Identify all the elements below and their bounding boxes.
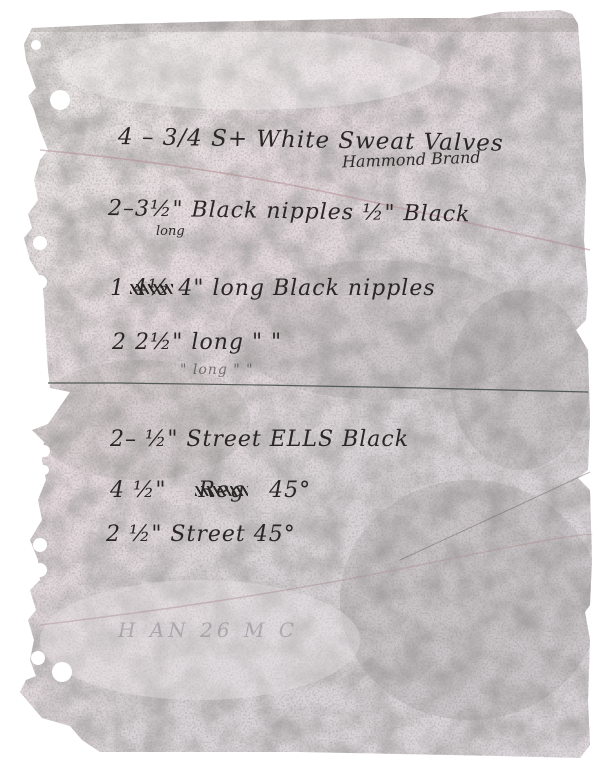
note-line-7-text: 45° [269,478,311,503]
note-line-3: 1 4½ 4" long Black nipples [110,276,436,301]
struck-out-text: Reg [198,478,245,503]
note-line-8: 2 ½" Street 45° [106,522,296,547]
note-line-4: 2 2½" long " " [112,330,282,355]
note-line-7: 4 ½" Reg 45° [110,478,311,503]
struck-out-text: 4½ [133,276,170,301]
note-line-2-sub: long [156,224,185,239]
note-line-3-text: 4" long Black nipples [178,276,435,301]
torn-paper-sheet [0,0,612,780]
note-line-9-faint-erased: H AN 26 M C [118,618,298,642]
note-line-6: 2– ½" Street ELLS Black [110,427,409,452]
note-line-7-prefix: 4 ½" [110,478,166,503]
note-line-3-prefix: 1 [110,276,125,301]
scanned-note-page: 4 – 3/4 S+ White Sweat Valves Hammond Br… [0,0,612,780]
note-line-5-faint: " long " " [180,362,254,378]
